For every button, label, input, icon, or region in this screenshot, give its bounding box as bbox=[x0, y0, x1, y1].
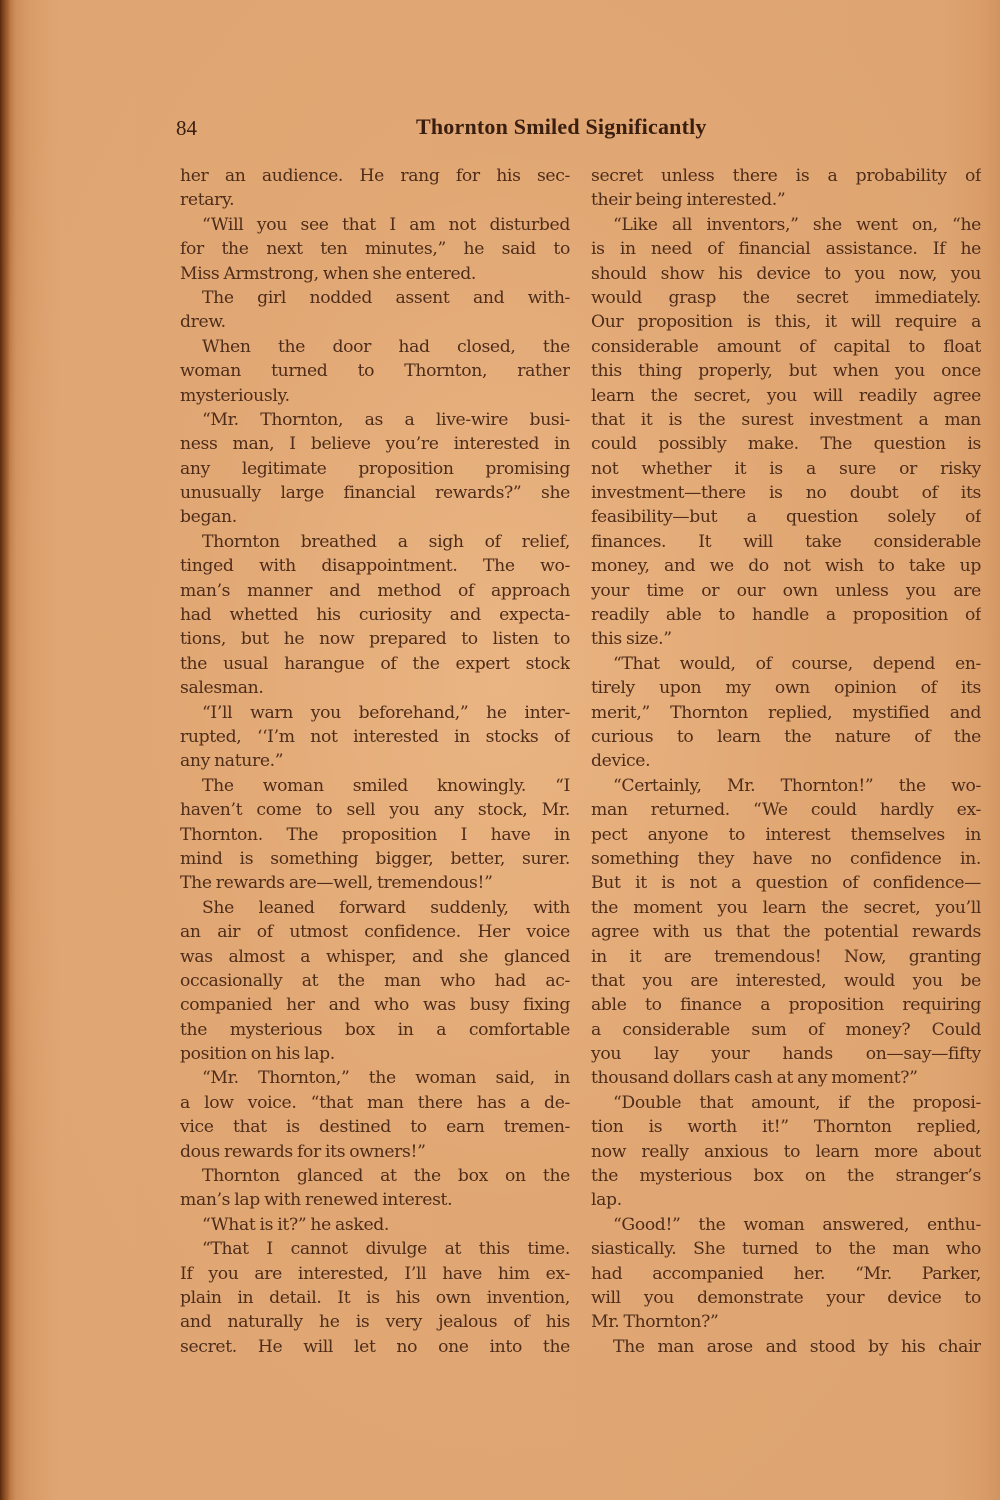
text-line: you lay your hands on—say—fifty bbox=[591, 1042, 981, 1066]
running-title: Thornton Smiled Significantly bbox=[416, 114, 707, 140]
text-line: could possibly make. The question is bbox=[591, 432, 981, 456]
text-line: occasionally at the man who had ac- bbox=[180, 969, 570, 993]
text-line: in it are tremendous! Now, granting bbox=[591, 945, 981, 969]
text-line: salesman. bbox=[180, 676, 570, 700]
text-line: unusually large financial rewards?” she bbox=[180, 481, 570, 505]
text-line: now really anxious to learn more about bbox=[591, 1140, 981, 1164]
text-line: secret unless there is a probability of bbox=[591, 164, 981, 188]
text-line: tirely upon my own opinion of its bbox=[591, 676, 981, 700]
text-line: curious to learn the nature of the bbox=[591, 725, 981, 749]
text-line: able to finance a proposition requiring bbox=[591, 993, 981, 1017]
text-line: “Good!” the woman answered, enthu- bbox=[591, 1213, 981, 1237]
text-column-right: secret unless there is a probability oft… bbox=[591, 164, 981, 1359]
text-line: that you are interested, would you be bbox=[591, 969, 981, 993]
text-line: the mysterious box on the stranger’s bbox=[591, 1164, 981, 1188]
text-line: finances. It will take considerable bbox=[591, 530, 981, 554]
text-line: this thing properly, but when you once bbox=[591, 359, 981, 383]
text-line: companied her and who was busy fixing bbox=[180, 993, 570, 1017]
text-line: The girl nodded assent and with- bbox=[180, 286, 570, 310]
text-line: tion is worth it!” Thornton replied, bbox=[591, 1115, 981, 1139]
text-line: feasibility—but a question solely of bbox=[591, 505, 981, 529]
text-line: man’s lap with renewed interest. bbox=[180, 1188, 570, 1212]
text-line: pect anyone to interest themselves in bbox=[591, 823, 981, 847]
text-line: dous rewards for its owners!” bbox=[180, 1140, 570, 1164]
text-line: tions, but he now prepared to listen to bbox=[180, 627, 570, 651]
text-line: “Certainly, Mr. Thornton!” the wo- bbox=[591, 774, 981, 798]
text-line: She leaned forward suddenly, with bbox=[180, 896, 570, 920]
text-line: But it is not a question of confidence— bbox=[591, 871, 981, 895]
text-line: “Like all inventors,” she went on, “he bbox=[591, 213, 981, 237]
text-line: “Double that amount, if the proposi- bbox=[591, 1091, 981, 1115]
text-line: drew. bbox=[180, 310, 570, 334]
text-line: was almost a whisper, and she glanced bbox=[180, 945, 570, 969]
text-line: considerable amount of capital to float bbox=[591, 335, 981, 359]
text-line: mysteriously. bbox=[180, 384, 570, 408]
text-line: the usual harangue of the expert stock bbox=[180, 652, 570, 676]
text-line: that it is the surest investment a man bbox=[591, 408, 981, 432]
page-header: 84 Thornton Smiled Significantly bbox=[176, 112, 976, 142]
text-line: the moment you learn the secret, you’ll bbox=[591, 896, 981, 920]
text-line: If you are interested, I’ll have him ex- bbox=[180, 1262, 570, 1286]
text-line: woman turned to Thornton, rather bbox=[180, 359, 570, 383]
text-line: Miss Armstrong, when she entered. bbox=[180, 262, 570, 286]
text-line: an air of utmost confidence. Her voice bbox=[180, 920, 570, 944]
text-line: Thornton breathed a sigh of relief, bbox=[180, 530, 570, 554]
text-line: mind is something bigger, better, surer. bbox=[180, 847, 570, 871]
text-line: plain in detail. It is his own invention… bbox=[180, 1286, 570, 1310]
text-line: not whether it is a sure or risky bbox=[591, 457, 981, 481]
text-line: should show his device to you now, you bbox=[591, 262, 981, 286]
text-line: man’s manner and method of approach bbox=[180, 579, 570, 603]
text-line: “Mr. Thornton,” the woman said, in bbox=[180, 1066, 570, 1090]
text-line: lap. bbox=[591, 1188, 981, 1212]
text-line: any legitimate proposition promising bbox=[180, 457, 570, 481]
text-line: the mysterious box in a comfortable bbox=[180, 1018, 570, 1042]
book-spine-edge bbox=[0, 0, 10, 1500]
text-column-left: her an audience. He rang for his sec-ret… bbox=[180, 164, 570, 1359]
text-line: learn the secret, you will readily agree bbox=[591, 384, 981, 408]
text-line: “Mr. Thornton, as a live-wire busi- bbox=[180, 408, 570, 432]
text-line: “That would, of course, depend en- bbox=[591, 652, 981, 676]
text-line: position on his lap. bbox=[180, 1042, 570, 1066]
text-line: merit,” Thornton replied, mystified and bbox=[591, 701, 981, 725]
text-line: something they have no confidence in. bbox=[591, 847, 981, 871]
text-line: Thornton glanced at the box on the bbox=[180, 1164, 570, 1188]
text-line: a considerable sum of money? Could bbox=[591, 1018, 981, 1042]
text-line: will you demonstrate your device to bbox=[591, 1286, 981, 1310]
text-line: for the next ten minutes,” he said to bbox=[180, 237, 570, 261]
text-line: agree with us that the potential rewards bbox=[591, 920, 981, 944]
text-line: ness man, I believe you’re interested in bbox=[180, 432, 570, 456]
text-line: would grasp the secret immediately. bbox=[591, 286, 981, 310]
text-line: began. bbox=[180, 505, 570, 529]
text-line: rupted, ‘‘I’m not interested in stocks o… bbox=[180, 725, 570, 749]
page-number: 84 bbox=[176, 116, 197, 141]
text-line: The rewards are—well, tremendous!” bbox=[180, 871, 570, 895]
text-line: their being interested.” bbox=[591, 188, 981, 212]
text-line: tinged with disappointment. The wo- bbox=[180, 554, 570, 578]
text-line: her an audience. He rang for his sec- bbox=[180, 164, 570, 188]
text-line: any nature.” bbox=[180, 749, 570, 773]
text-line: haven’t come to sell you any stock, Mr. bbox=[180, 798, 570, 822]
text-line: “I’ll warn you beforehand,” he inter- bbox=[180, 701, 570, 725]
text-line: your time or our own unless you are bbox=[591, 579, 981, 603]
text-line: “What is it?” he asked. bbox=[180, 1213, 570, 1237]
text-line: had accompanied her. “Mr. Parker, bbox=[591, 1262, 981, 1286]
text-line: secret. He will let no one into the bbox=[180, 1335, 570, 1359]
text-line: vice that is destined to earn tremen- bbox=[180, 1115, 570, 1139]
text-line: retary. bbox=[180, 188, 570, 212]
text-line: “That I cannot divulge at this time. bbox=[180, 1237, 570, 1261]
text-line: Mr. Thornton?” bbox=[591, 1310, 981, 1334]
text-line: investment—there is no doubt of its bbox=[591, 481, 981, 505]
text-line: money, and we do not wish to take up bbox=[591, 554, 981, 578]
text-line: had whetted his curiosity and expecta- bbox=[180, 603, 570, 627]
text-line: When the door had closed, the bbox=[180, 335, 570, 359]
text-line: Thornton. The proposition I have in bbox=[180, 823, 570, 847]
text-line: siastically. She turned to the man who bbox=[591, 1237, 981, 1261]
text-line: “Will you see that I am not disturbed bbox=[180, 213, 570, 237]
text-line: and naturally he is very jealous of his bbox=[180, 1310, 570, 1334]
text-line: readily able to handle a proposition of bbox=[591, 603, 981, 627]
text-line: The woman smiled knowingly. “I bbox=[180, 774, 570, 798]
text-line: this size.” bbox=[591, 627, 981, 651]
text-line: is in need of financial assistance. If h… bbox=[591, 237, 981, 261]
text-line: thousand dollars cash at any moment?” bbox=[591, 1066, 981, 1090]
text-line: The man arose and stood by his chair bbox=[591, 1335, 981, 1359]
text-line: Our proposition is this, it will require… bbox=[591, 310, 981, 334]
text-line: a low voice. “that man there has a de- bbox=[180, 1091, 570, 1115]
text-line: device. bbox=[591, 749, 981, 773]
text-line: man returned. “We could hardly ex- bbox=[591, 798, 981, 822]
